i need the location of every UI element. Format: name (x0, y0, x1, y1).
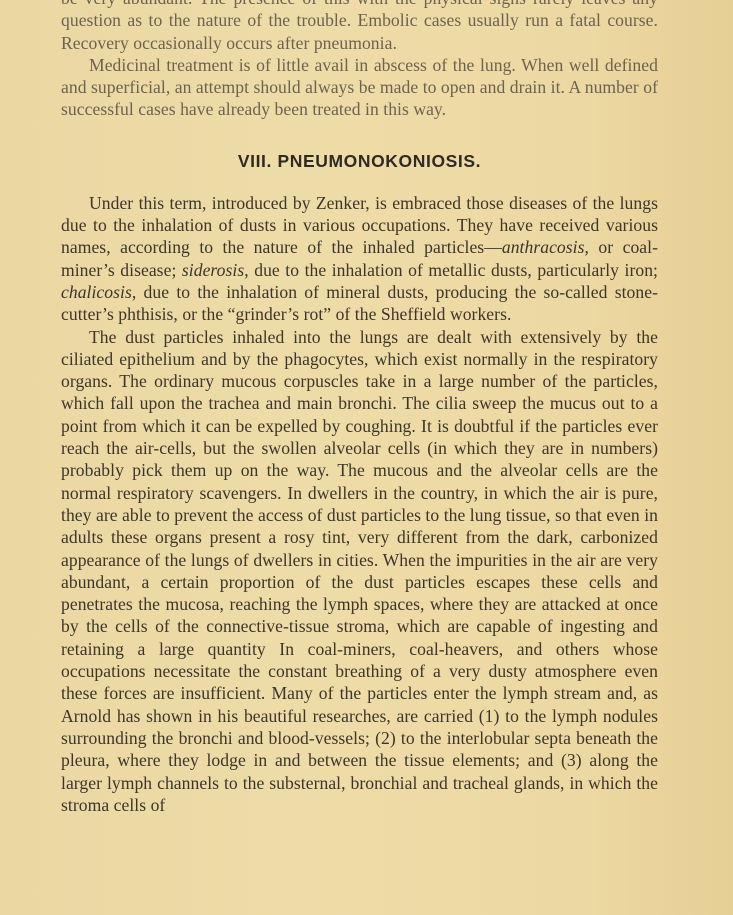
paragraph-text: , due to the inhalation of metallic dust… (244, 260, 658, 280)
section-heading: VIII. PNEUMONOKONIOSIS. (61, 150, 658, 172)
previous-paragraph-continuation: be very abundant. The presence of this w… (61, 0, 658, 54)
cut-off-line: be very abundant. The presence of this w… (61, 0, 574, 8)
term-anthracosis: anthracosis (502, 237, 585, 257)
paragraph-text: , due to the inhalation of mineral dusts… (61, 282, 658, 324)
term-siderosis: siderosis (182, 260, 244, 280)
book-page: be very abundant. The presence of this w… (61, 0, 658, 816)
term-chalicosis: chalicosis (61, 282, 132, 302)
dust-particles-paragraph: The dust particles inhaled into the lung… (61, 326, 658, 817)
treatment-paragraph: Medicinal treatment is of little avail i… (61, 54, 658, 121)
definition-paragraph: Under this term, introduced by Zenker, i… (61, 192, 658, 326)
